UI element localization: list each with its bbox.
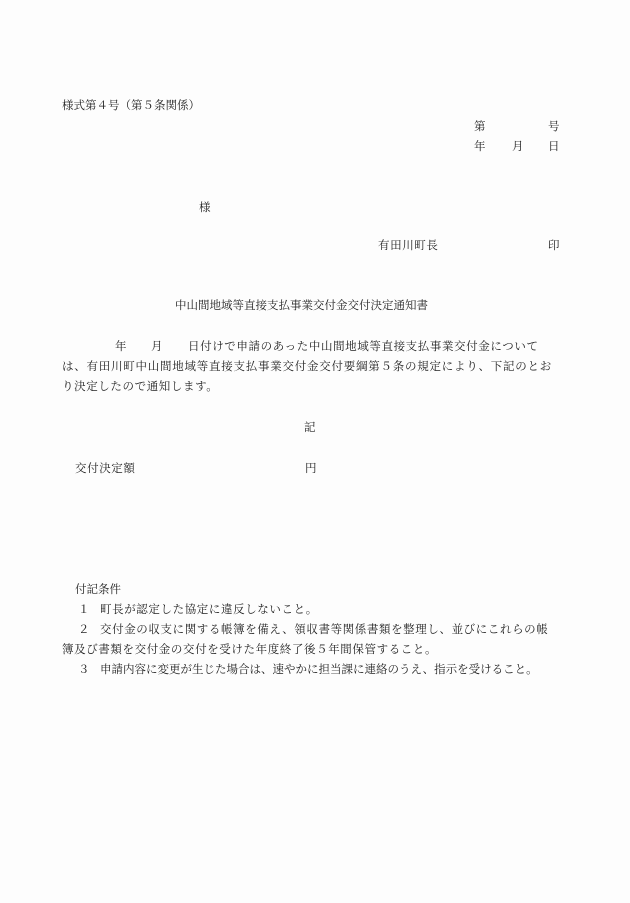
body-year: 年	[115, 339, 127, 353]
condition-3-text: 申請内容に変更が生じた場合は、速やかに担当課に連絡のうえ、指示を受けること。	[100, 662, 538, 676]
body-line-2: は、有田川町中山間地域等直接支払事業交付金交付要綱第５条の規定により、下記のとお	[62, 359, 552, 373]
amount-unit: 円	[305, 461, 317, 475]
doc-number-suffix: 号	[548, 119, 560, 133]
body-line-3: り決定したので通知します。	[62, 379, 218, 393]
date-month: 月	[512, 139, 524, 153]
doc-number-prefix: 第	[474, 119, 486, 133]
condition-3-number: ３	[78, 662, 90, 676]
body-month: 月	[151, 339, 163, 353]
body-line-1: 日付けで申請のあった中山間地域等直接支払事業交付金について	[188, 339, 539, 353]
seal-mark: 印	[548, 238, 560, 252]
condition-1-text: 町長が認定した協定に違反しないこと。	[100, 602, 318, 616]
condition-2-text: 交付金の収支に関する帳簿を備え、領収書等関係書類を整理し、並びにこれらの帳	[100, 622, 548, 636]
date-year: 年	[474, 139, 486, 153]
form-label: 様式第４号（第５条関係）	[62, 98, 200, 112]
date-day: 日	[548, 139, 560, 153]
conditions-heading: 付記条件	[75, 582, 121, 596]
amount-label: 交付決定額	[75, 461, 136, 475]
record-heading: 記	[304, 420, 316, 434]
sender-title: 有田川町長	[378, 238, 439, 252]
document-title: 中山間地域等直接支払事業交付金交付決定通知書	[175, 298, 428, 312]
condition-1-number: １	[78, 602, 90, 616]
condition-2-number: ２	[78, 622, 90, 636]
condition-2-continuation: 簿及び書類を交付金の交付を受けた年度終了後５年間保管すること。	[62, 642, 437, 656]
addressee-honorific: 様	[199, 200, 211, 214]
